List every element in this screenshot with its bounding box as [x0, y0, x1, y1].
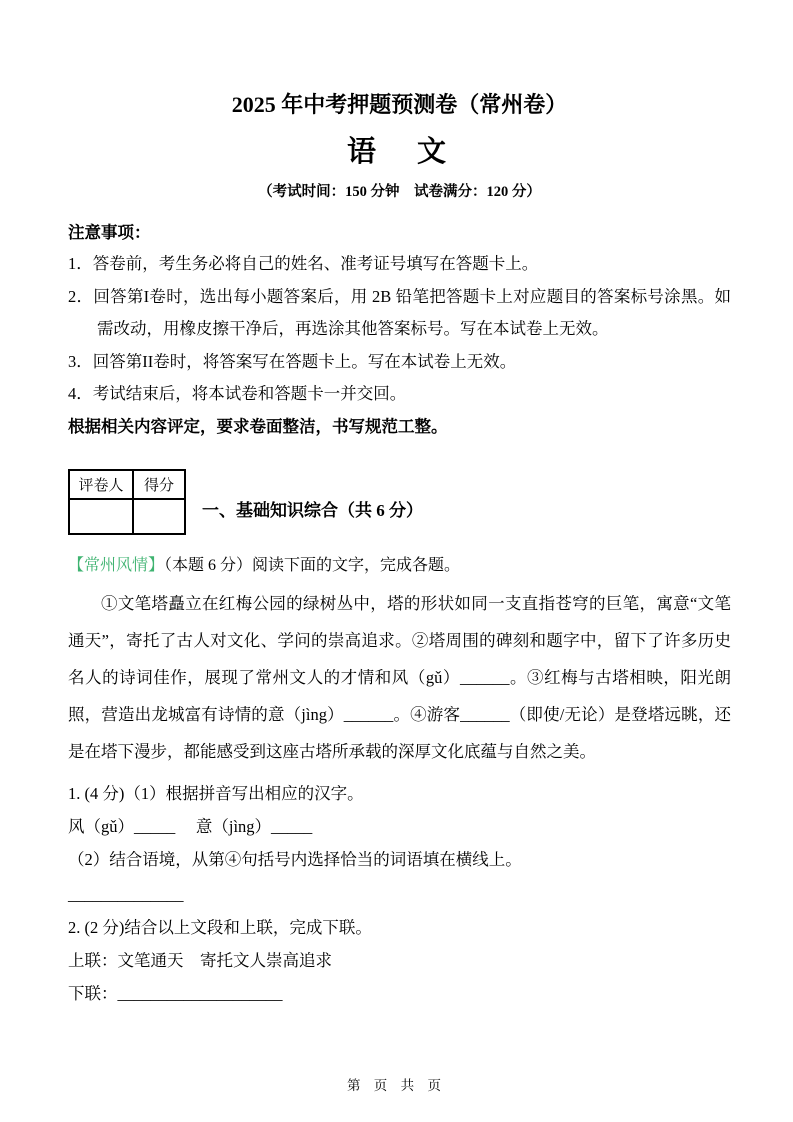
- grader-score-row: 评卷人 得分 一、基础知识综合（共 6 分）: [68, 469, 731, 535]
- score-table-cell-grader: [69, 499, 133, 534]
- page-footer: 第 页 共 页: [0, 1074, 793, 1094]
- score-table: 评卷人 得分: [68, 469, 186, 535]
- exam-paper-page: 2025 年中考押题预测卷（常州卷） 语 文 （考试时间：150 分钟 试卷满分…: [0, 0, 793, 1122]
- question-1-head: 1. (4 分)（1）根据拼音写出相应的汉字。: [68, 783, 731, 805]
- section-heading: 一、基础知识综合（共 6 分）: [202, 496, 423, 521]
- question-2-lower-couplet-blank: 下联：____________________: [68, 983, 731, 1005]
- reading-passage: ①文笔塔矗立在红梅公园的绿树丛中，塔的形状如同一支直指苍穹的巨笔，寓意“文笔通天…: [68, 585, 731, 770]
- subject-title: 语 文: [68, 130, 731, 174]
- exam-info: （考试时间：150 分钟 试卷满分：120 分）: [68, 180, 731, 204]
- notices-section: 注意事项： 1．答卷前，考生务必将自己的姓名、准考证号填写在答题卡上。 2．回答…: [68, 218, 731, 443]
- notice-item-1: 1．答卷前，考生务必将自己的姓名、准考证号填写在答题卡上。: [68, 248, 731, 281]
- question-1-answer-blank: ______________: [68, 884, 731, 906]
- score-table-header-grader: 评卷人: [69, 470, 133, 499]
- notice-item-3: 3．回答第II卷时，将答案写在答题卡上。写在本试卷上无效。: [68, 346, 731, 379]
- score-table-cell-score: [133, 499, 185, 534]
- question-1-sub2: （2）结合语境，从第④句括号内选择恰当的词语填在横线上。: [68, 849, 731, 871]
- score-table-header-score: 得分: [133, 470, 185, 499]
- question-2-head: 2. (2 分)结合以上文段和上联，完成下联。: [68, 917, 731, 939]
- passage-intro-line: 【常州风情】（本题 6 分）阅读下面的文字，完成各题。: [68, 555, 731, 577]
- question-2-upper-couplet: 上联：文笔通天 寄托文人崇高追求: [68, 950, 731, 972]
- question-1-pinyin-blanks: 风（gǔ）_____ 意（jìng）_____: [68, 816, 731, 838]
- paper-title: 2025 年中考押题预测卷（常州卷）: [68, 90, 731, 120]
- notices-heading: 注意事项：: [68, 218, 731, 248]
- passage-tag: 【常州风情】: [68, 557, 164, 574]
- notice-item-4: 4．考试结束后，将本试卷和答题卡一并交回。: [68, 378, 731, 411]
- grading-note: 根据相关内容评定，要求卷面整洁，书写规范工整。: [68, 411, 731, 444]
- notice-item-2: 2．回答第I卷时，选出每小题答案后，用 2B 铅笔把答题卡上对应题目的答案标号涂…: [68, 281, 731, 346]
- passage-intro: （本题 6 分）阅读下面的文字，完成各题。: [164, 557, 460, 574]
